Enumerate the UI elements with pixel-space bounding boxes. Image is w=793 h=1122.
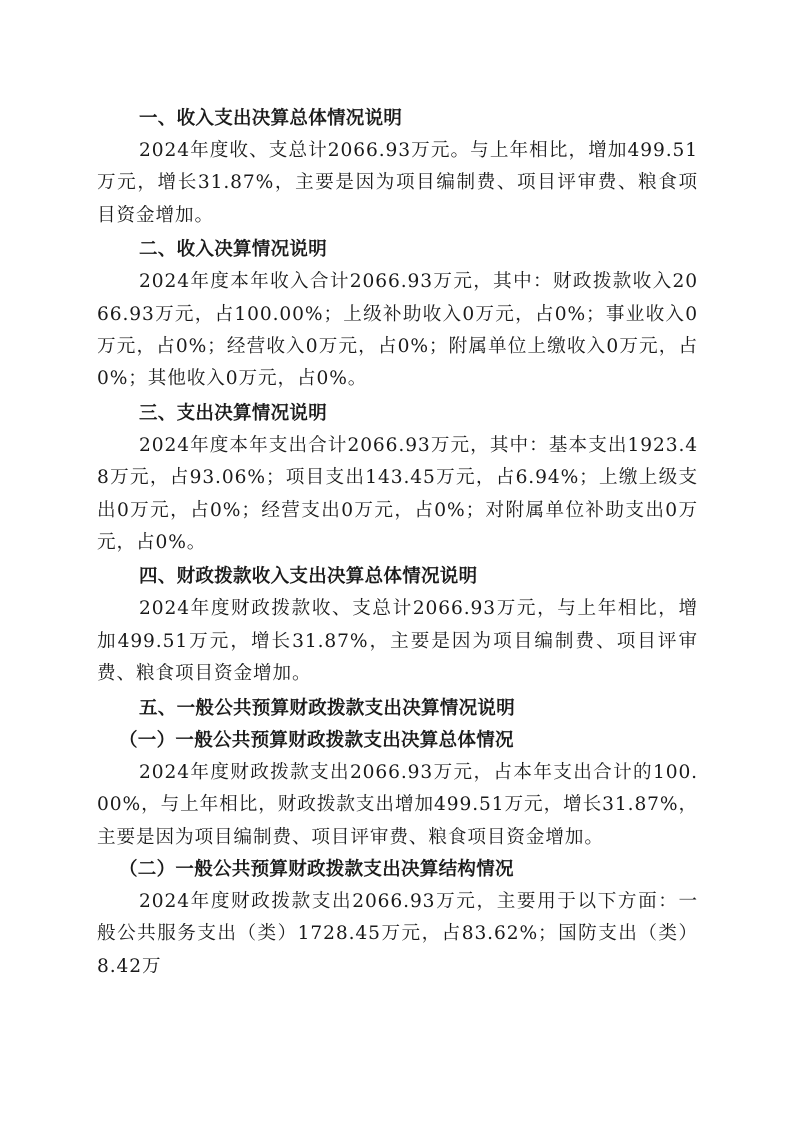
document-page: 一、收入支出决算总体情况说明 2024年度收、支总计2066.93万元。与上年相… xyxy=(97,103,698,983)
subsection-heading-5-2: （二）一般公共预算财政拨款支出决算结构情况 xyxy=(97,854,698,886)
section-1-paragraph: 2024年度收、支总计2066.93万元。与上年相比，增加499.51万元，增长… xyxy=(97,135,698,232)
section-3-paragraph: 2024年度本年支出合计2066.93万元，其中：基本支出1923.48万元，占… xyxy=(97,430,698,560)
section-heading-4: 四、财政拨款收入支出决算总体情况说明 xyxy=(97,561,698,593)
section-heading-1: 一、收入支出决算总体情况说明 xyxy=(97,103,698,135)
subsection-5-2-paragraph: 2024年度财政拨款支出2066.93万元，主要用于以下方面：一般公共服务支出（… xyxy=(97,886,698,983)
subsection-5-1-paragraph: 2024年度财政拨款支出2066.93万元，占本年支出合计的100.00%，与上… xyxy=(97,757,698,854)
section-heading-5: 五、一般公共预算财政拨款支出决算情况说明 xyxy=(97,693,698,725)
section-4-paragraph: 2024年度财政拨款收、支总计2066.93万元，与上年相比，增加499.51万… xyxy=(97,593,698,690)
section-heading-2: 二、收入决算情况说明 xyxy=(97,234,698,266)
section-2-paragraph: 2024年度本年收入合计2066.93万元，其中：财政拨款收入2066.93万元… xyxy=(97,266,698,396)
subsection-heading-5-1: （一）一般公共预算财政拨款支出决算总体情况 xyxy=(97,725,698,757)
section-heading-3: 三、支出决算情况说明 xyxy=(97,398,698,430)
